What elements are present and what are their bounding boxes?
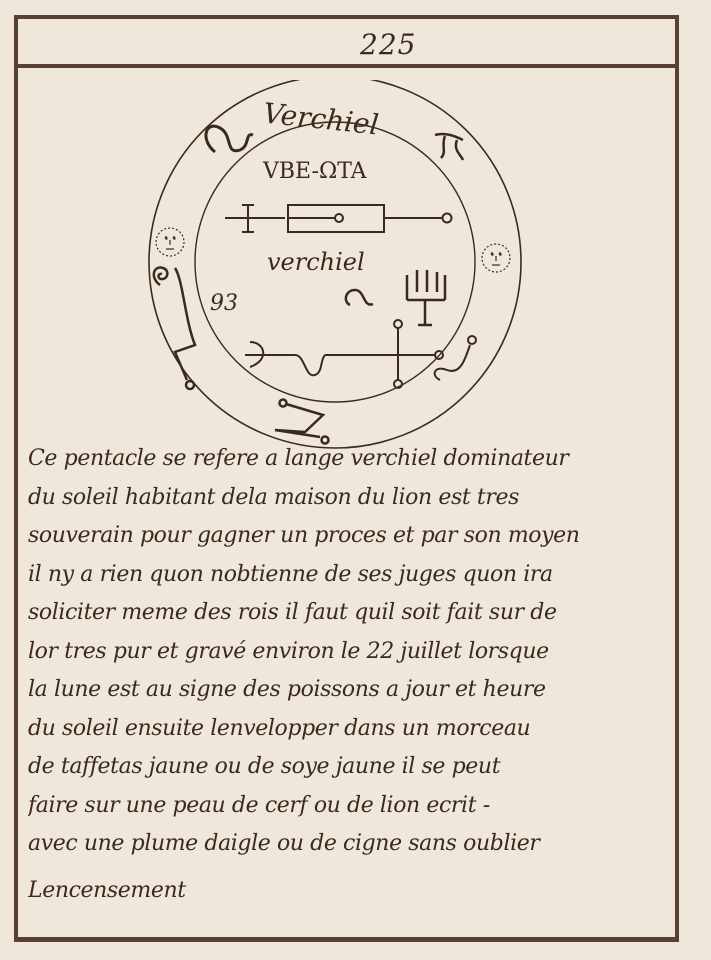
manuscript-text-block: Ce pentacle se refere a lange verchiel d… xyxy=(28,440,673,910)
text-line: la lune est au signe des poissons a jour… xyxy=(28,671,673,710)
page-number: 225 xyxy=(360,28,450,61)
closing-word: Lencensement xyxy=(28,872,673,911)
text-line: soliciter meme des rois il faut quil soi… xyxy=(28,594,673,633)
pentacle-diagram: Verchiel VBE-ΩTA verchiel xyxy=(145,80,525,460)
spiral-staff-icon xyxy=(154,268,195,389)
pentacle-seal: Verchiel VBE-ΩTA verchiel xyxy=(145,80,525,460)
text-line: souverain pour gagner un proces et par s… xyxy=(28,517,673,556)
seal-inner-top-text: VBE-ΩTA xyxy=(262,159,368,184)
leo-sign-icon xyxy=(206,126,253,152)
text-line: faire sur une peau de cerf ou de lion ec… xyxy=(28,787,673,826)
sun-face-icon xyxy=(482,244,510,272)
seal-inner-name: verchiel xyxy=(267,248,365,276)
text-line: il ny a rien quon nobtienne de ses juges… xyxy=(28,556,673,595)
text-line: de taffetas jaune ou de soye jaune il se… xyxy=(28,748,673,787)
seal-number: 93 xyxy=(210,291,238,316)
seal-outer-name: Verchiel xyxy=(262,97,381,142)
sun-face-icon xyxy=(156,228,184,256)
text-line: du soleil ensuite lenvelopper dans un mo… xyxy=(28,710,673,749)
cross-bar-sigil-icon xyxy=(225,205,452,232)
serpent-glyph-icon xyxy=(346,290,373,305)
zigzag-glyph-icon xyxy=(275,400,329,444)
pisces-like-glyph-icon xyxy=(435,134,463,160)
header-divider-rule xyxy=(14,64,679,68)
text-line: Ce pentacle se refere a lange verchiel d… xyxy=(28,440,673,479)
trident-glyph-icon xyxy=(407,270,445,325)
text-line: lor tres pur et gravé environ le 22 juil… xyxy=(28,633,673,672)
text-line: du soleil habitant dela maison du lion e… xyxy=(28,479,673,518)
text-line: avec une plume daigle ou de cigne sans o… xyxy=(28,825,673,864)
